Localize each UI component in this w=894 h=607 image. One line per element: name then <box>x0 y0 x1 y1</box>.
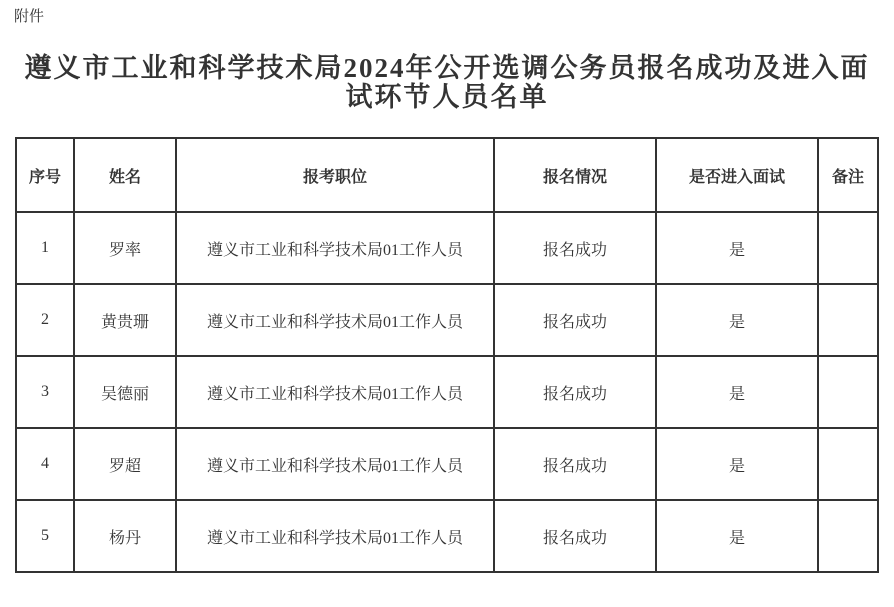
table-row: 4罗超遵义市工业和科学技术局01工作人员报名成功是 <box>16 428 878 500</box>
cell-name: 黄贵珊 <box>74 284 176 356</box>
column-header-interview: 是否进入面试 <box>656 138 818 212</box>
column-header-remarks: 备注 <box>818 138 878 212</box>
table-header-row: 序号 姓名 报考职位 报名情况 是否进入面试 备注 <box>16 138 878 212</box>
cell-name: 罗率 <box>74 212 176 284</box>
document-page: { "page": { "attachment_label": "附件", "t… <box>0 0 894 607</box>
column-header-position: 报考职位 <box>176 138 494 212</box>
cell-index: 2 <box>16 284 74 356</box>
table-row: 5杨丹遵义市工业和科学技术局01工作人员报名成功是 <box>16 500 878 572</box>
cell-interview: 是 <box>656 500 818 572</box>
cell-position: 遵义市工业和科学技术局01工作人员 <box>176 212 494 284</box>
cell-position: 遵义市工业和科学技术局01工作人员 <box>176 356 494 428</box>
column-header-name: 姓名 <box>74 138 176 212</box>
cell-reg: 报名成功 <box>494 428 656 500</box>
cell-remarks <box>818 284 878 356</box>
cell-position: 遵义市工业和科学技术局01工作人员 <box>176 284 494 356</box>
cell-remarks <box>818 500 878 572</box>
cell-index: 5 <box>16 500 74 572</box>
table-row: 3吴德丽遵义市工业和科学技术局01工作人员报名成功是 <box>16 356 878 428</box>
cell-interview: 是 <box>656 428 818 500</box>
column-header-index: 序号 <box>16 138 74 212</box>
cell-index: 3 <box>16 356 74 428</box>
personnel-table: 序号 姓名 报考职位 报名情况 是否进入面试 备注 1罗率遵义市工业和科学技术局… <box>15 137 879 573</box>
cell-remarks <box>818 428 878 500</box>
table-row: 2黄贵珊遵义市工业和科学技术局01工作人员报名成功是 <box>16 284 878 356</box>
page-title: 遵义市工业和科学技术局2024年公开选调公务员报名成功及进入面试环节人员名单 <box>14 54 880 112</box>
cell-index: 4 <box>16 428 74 500</box>
cell-name: 杨丹 <box>74 500 176 572</box>
cell-interview: 是 <box>656 212 818 284</box>
cell-position: 遵义市工业和科学技术局01工作人员 <box>176 428 494 500</box>
cell-reg: 报名成功 <box>494 284 656 356</box>
attachment-label: 附件 <box>14 8 44 26</box>
cell-name: 吴德丽 <box>74 356 176 428</box>
cell-position: 遵义市工业和科学技术局01工作人员 <box>176 500 494 572</box>
cell-name: 罗超 <box>74 428 176 500</box>
cell-index: 1 <box>16 212 74 284</box>
cell-interview: 是 <box>656 284 818 356</box>
table-body: 1罗率遵义市工业和科学技术局01工作人员报名成功是2黄贵珊遵义市工业和科学技术局… <box>16 212 878 572</box>
table-row: 1罗率遵义市工业和科学技术局01工作人员报名成功是 <box>16 212 878 284</box>
column-header-reg: 报名情况 <box>494 138 656 212</box>
cell-remarks <box>818 356 878 428</box>
cell-reg: 报名成功 <box>494 212 656 284</box>
cell-interview: 是 <box>656 356 818 428</box>
cell-remarks <box>818 212 878 284</box>
cell-reg: 报名成功 <box>494 500 656 572</box>
cell-reg: 报名成功 <box>494 356 656 428</box>
